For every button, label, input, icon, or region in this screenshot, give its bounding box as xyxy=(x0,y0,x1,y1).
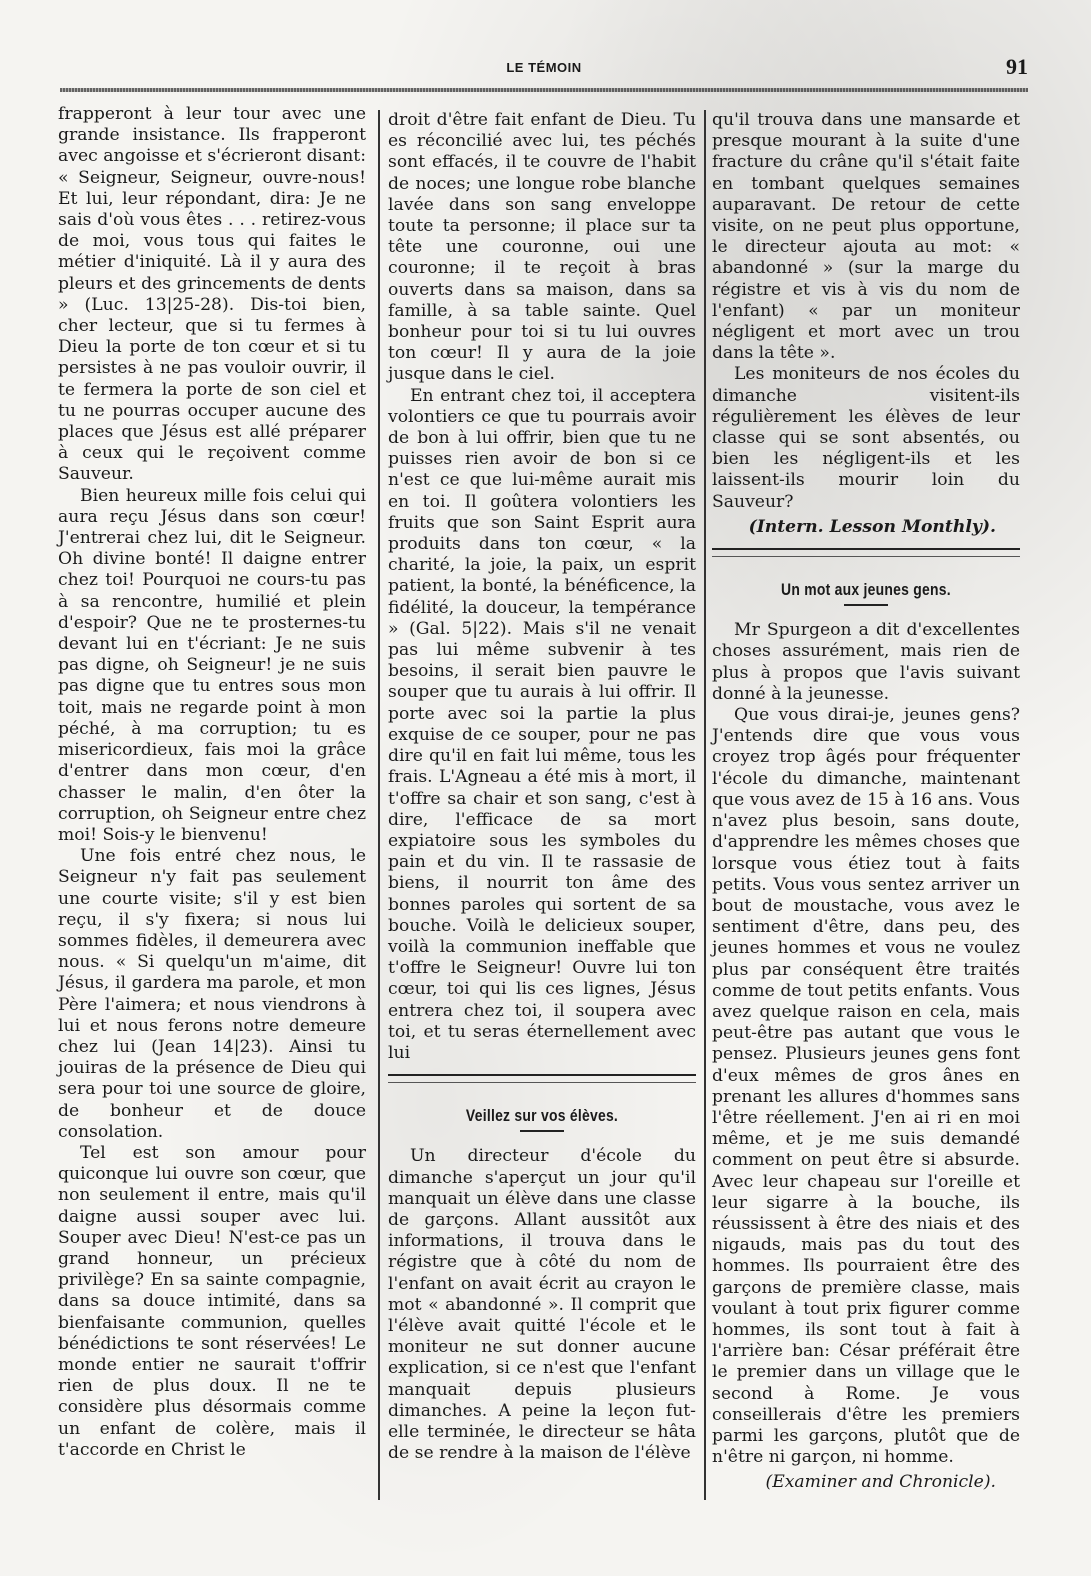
running-title: LE TÉMOIN xyxy=(60,60,1028,75)
paragraph: Une fois entré chez nous, le Seigneur n'… xyxy=(58,846,366,1143)
heading-dash xyxy=(520,1130,564,1132)
article-heading: Veillez sur vos élèves. xyxy=(416,1105,669,1126)
source-citation: (Intern. Lesson Monthly). xyxy=(712,517,1020,538)
header-rule xyxy=(60,88,1028,92)
column-3: qu'il trouva dans une mansarde et presqu… xyxy=(712,110,1020,1494)
paragraph: Les moniteurs de nos écoles du dimanche … xyxy=(712,364,1020,512)
paragraph: droit d'être fait enfant de Dieu. Tu es … xyxy=(388,110,696,386)
paragraph: Tel est son amour pour quiconque lui ouv… xyxy=(58,1143,366,1461)
heading-dash xyxy=(844,604,888,606)
paragraph: Bien heureux mille fois celui qui aura r… xyxy=(58,486,366,846)
paragraph: Que vous dirai-je, jeunes gens? J'entend… xyxy=(712,705,1020,1468)
page-header: LE TÉMOIN 91 xyxy=(60,58,1028,88)
column-divider xyxy=(704,110,706,1500)
source-citation: (Examiner and Chronicle). xyxy=(712,1472,1020,1493)
paragraph: Mr Spurgeon a dit d'excellentes choses a… xyxy=(712,620,1020,705)
paragraph: qu'il trouva dans une mansarde et presqu… xyxy=(712,110,1020,364)
page-number: 91 xyxy=(1006,54,1028,80)
paragraph: frapperont à leur tour avec une grande i… xyxy=(58,104,366,486)
article-separator xyxy=(712,548,1020,557)
column-1: frapperont à leur tour avec une grande i… xyxy=(58,104,366,1461)
paragraph: En entrant chez toi, il acceptera volont… xyxy=(388,386,696,1065)
column-divider xyxy=(378,110,380,1500)
article-separator xyxy=(388,1074,696,1083)
newspaper-page: LE TÉMOIN 91 frapperont à leur tour avec… xyxy=(0,0,1091,1576)
column-2: droit d'être fait enfant de Dieu. Tu es … xyxy=(388,110,696,1464)
article-heading: Un mot aux jeunes gens. xyxy=(740,579,993,600)
paragraph: Un directeur d'école du dimanche s'aperç… xyxy=(388,1146,696,1464)
